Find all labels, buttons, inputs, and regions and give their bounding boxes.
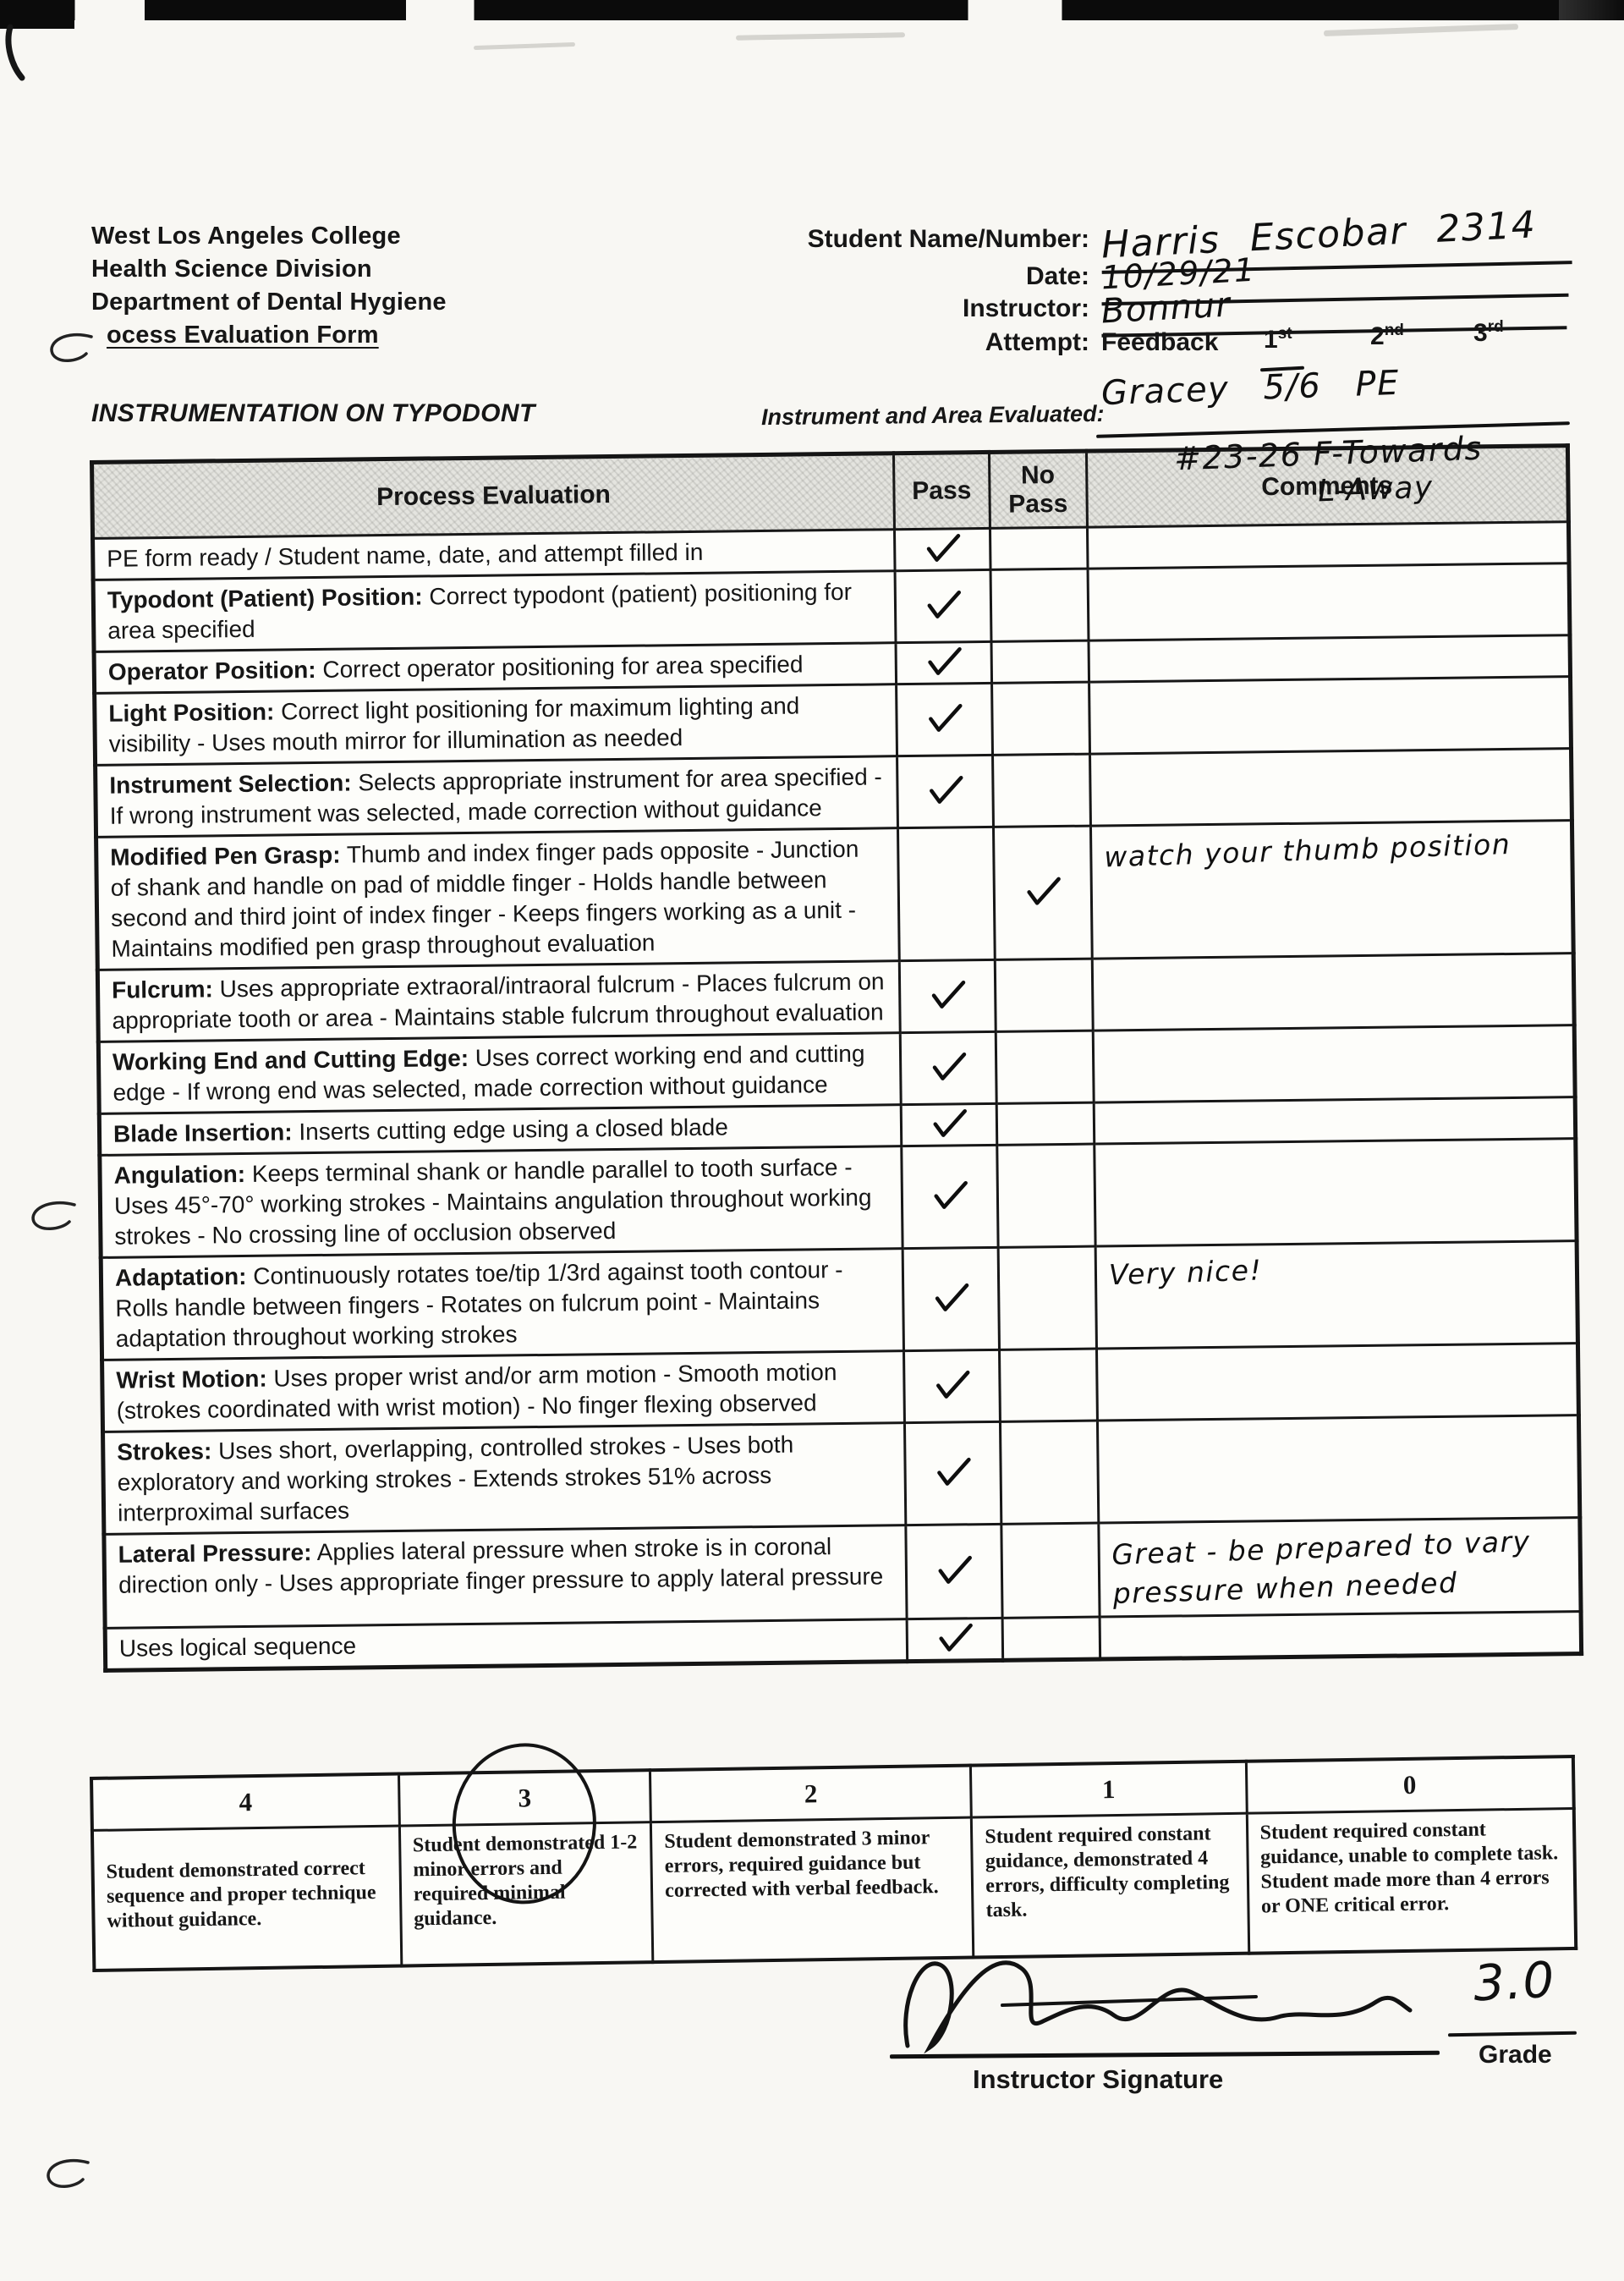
table-row: Strokes: Uses short, overlapping, contro… [103,1415,1580,1535]
criterion-cell: Typodont (Patient) Position: Correct typ… [93,571,896,652]
criterion-cell: Modified Pen Grasp: Thumb and index fing… [96,828,900,970]
area-evaluated-value: Gracey 5/6 PE [1100,364,1400,413]
criterion-title: Adaptation: [115,1263,247,1291]
comment-cell [1092,954,1574,1031]
no-pass-cell [991,640,1089,683]
attempt-option-3: 3rd [1473,318,1504,348]
pass-cell [897,755,993,827]
criterion-cell: Working End and Cutting Edge: Uses corre… [98,1033,901,1114]
criterion-cell: Angulation: Keeps terminal shank or hand… [100,1146,903,1258]
rubric-description: Student demonstrated correct sequence an… [92,1826,402,1970]
header-pass: Pass [893,452,990,529]
no-pass-cell [990,527,1087,569]
comment-cell [1100,1612,1582,1659]
table-row: Modified Pen Grasp: Thumb and index fing… [96,821,1574,970]
institution-name: West Los Angeles College [91,220,447,253]
no-pass-cell [1002,1617,1100,1660]
grade-label: Grade [1479,2041,1552,2069]
area-evaluated-label: Instrument and Area Evaluated: [761,401,1105,431]
criterion-title: Working End and Cutting Edge: [112,1045,469,1075]
scan-smudge [474,42,575,50]
comment-cell [1096,1344,1578,1421]
no-pass-cell [1000,1421,1098,1524]
scanned-form-page: West Los Angeles College Health Science … [0,0,1624,2281]
criterion-cell: Strokes: Uses short, overlapping, contro… [103,1423,906,1535]
criterion-title: Lateral Pressure: [118,1539,311,1568]
rubric-score: 1 [971,1762,1247,1817]
table-row: Adaptation: Continuously rotates toe/tip… [101,1241,1577,1360]
pass-cell [901,1103,996,1146]
pen-squiggle [22,1195,81,1237]
institution-department: Department of Dental Hygiene [91,286,447,319]
signature-label: Instructor Signature [973,2064,1223,2095]
no-pass-cell [1001,1523,1100,1618]
header-no-pass: No Pass [989,451,1087,528]
pass-cell [900,1031,996,1104]
pass-cell [897,683,993,756]
form-name: ocess Evaluation Form [107,319,447,352]
pass-checkmark-icon [931,1366,974,1403]
criterion-cell: Adaptation: Continuously rotates toe/tip… [101,1249,903,1360]
instructor-value: Bonnur [1100,285,1232,331]
no-pass-cell [998,1246,1096,1349]
pass-checkmark-icon [923,642,965,679]
attempt-label: Attempt: [802,328,1089,357]
rubric-description: Student required constant guidance, unab… [1247,1808,1576,1953]
no-pass-cell [990,569,1089,641]
pass-cell [897,827,995,960]
pe-table-body: PE form ready / Student name, date, and … [93,522,1582,1671]
pass-cell [906,1524,1002,1619]
process-evaluation-table: Process Evaluation Pass No Pass Comments… [90,443,1583,1673]
rubric-score: 4 [91,1774,399,1831]
pass-checkmark-icon [934,1619,976,1656]
pass-checkmark-icon [933,1551,975,1588]
attempt-mode: Feedback [1101,328,1218,357]
instructor-comment: watch your thumb position [1103,825,1511,877]
criterion-cell: Uses logical sequence [105,1619,907,1671]
rubric-score: 2 [650,1766,972,1822]
comment-cell: Great - be prepared to vary pressure whe… [1098,1518,1581,1617]
comment-cell [1089,749,1572,826]
attempt-option-1: 1st [1264,325,1292,355]
comment-cell [1094,1139,1577,1246]
process-evaluation-table-wrap: Process Evaluation Pass No Pass Comments… [90,443,1583,1673]
scan-mark [3,24,46,83]
no-pass-cell [991,682,1089,755]
comment-cell [1094,1097,1576,1144]
instructor-signature [892,1944,1425,2063]
pen-squiggle [37,2154,96,2196]
no-pass-cell [999,1349,1097,1421]
date-label: Date: [802,262,1089,291]
no-pass-cell [993,826,1092,959]
pass-cell [903,1247,999,1350]
criterion-title: Operator Position: [108,657,316,685]
no-pass-cell [996,1031,1094,1103]
grade-value: 3.0 [1472,1951,1556,2013]
comment-cell: watch your thumb position [1090,821,1573,959]
comment-cell [1087,522,1569,569]
pass-checkmark-icon [924,699,966,736]
pass-checkmark-icon [929,1176,971,1213]
rubric-score: 0 [1246,1756,1574,1813]
pass-checkmark-icon [927,1047,969,1085]
comment-cell [1088,563,1570,640]
pass-cell [907,1618,1002,1661]
pass-checkmark-icon [932,1453,974,1490]
scan-smudge [736,32,905,40]
pass-checkmark-icon [922,585,964,623]
criterion-title: Angulation: [113,1161,245,1189]
no-pass-cell [996,1102,1094,1145]
pass-cell [895,569,991,642]
rubric-description: Student required constant guidance, demo… [972,1813,1249,1957]
pass-cell [894,528,990,570]
pass-checkmark-icon [921,529,963,566]
criterion-cell: Instrument Selection: Selects appropriat… [96,756,898,838]
criterion-title: Fulcrum: [112,976,213,1003]
pass-checkmark-icon [926,976,968,1013]
instructor-comment: Very nice! [1108,1250,1263,1294]
criterion-title: Blade Insertion: [113,1119,293,1146]
pass-checkmark-icon [928,1104,970,1141]
criterion-title: Light Position: [108,699,274,727]
scan-smudge [1324,24,1518,36]
rubric-description: Student demonstrated 3 minor errors, req… [650,1817,974,1962]
attempt-option-2: 2nd [1370,322,1404,351]
criterion-cell: Light Position: Correct light positionin… [95,684,897,766]
table-row: Angulation: Keeps terminal shank or hand… [100,1139,1577,1258]
area-evaluated-direction: L-Away [1317,470,1434,509]
comment-cell [1089,677,1571,754]
no-pass-cell [992,754,1090,827]
pass-checkmark-icon [924,771,967,808]
pass-cell [904,1421,1001,1525]
comment-cell [1093,1025,1575,1102]
grading-rubric-wrap: 43210 Student demonstrated correct seque… [90,1755,1577,1972]
no-pass-checkmark-icon [1022,872,1064,910]
instructor-label: Instructor: [802,294,1089,323]
pass-cell [896,641,991,684]
institution-block: West Los Angeles College Health Science … [91,220,447,352]
criterion-title: Instrument Selection: [109,770,352,799]
section-title: INSTRUMENTATION ON TYPODONT [91,399,535,428]
instructor-comment: Great - be prepared to vary pressure whe… [1111,1521,1567,1613]
student-name-label: Student Name/Number: [802,225,1089,254]
criterion-title: Modified Pen Grasp: [110,842,341,871]
pass-cell [899,959,996,1032]
criterion-title: Wrist Motion: [116,1366,267,1393]
no-pass-cell [997,1144,1095,1247]
comment-cell: Very nice! [1095,1241,1578,1349]
grade-line [1448,2031,1577,2037]
pass-cell [902,1145,998,1248]
criterion-title: Typodont (Patient) Position: [107,584,423,613]
comment-cell [1097,1415,1580,1523]
no-pass-cell [995,959,1093,1031]
pass-checkmark-icon [930,1278,972,1316]
criterion-cell: Lateral Pressure: Applies lateral pressu… [104,1525,907,1629]
comment-cell [1089,635,1571,682]
institution-division: Health Science Division [91,253,447,286]
criterion-cell: Wrist Motion: Uses proper wrist and/or a… [102,1351,905,1432]
pass-cell [903,1349,1000,1422]
criterion-cell: Fulcrum: Uses appropriate extraoral/intr… [97,961,900,1042]
grading-rubric-table: 43210 Student demonstrated correct seque… [90,1755,1577,1972]
criterion-title: Strokes: [117,1437,211,1465]
header-process-evaluation: Process Evaluation [92,453,895,539]
table-row: Lateral Pressure: Applies lateral pressu… [104,1518,1581,1629]
scan-edge-artifact [0,0,1624,20]
